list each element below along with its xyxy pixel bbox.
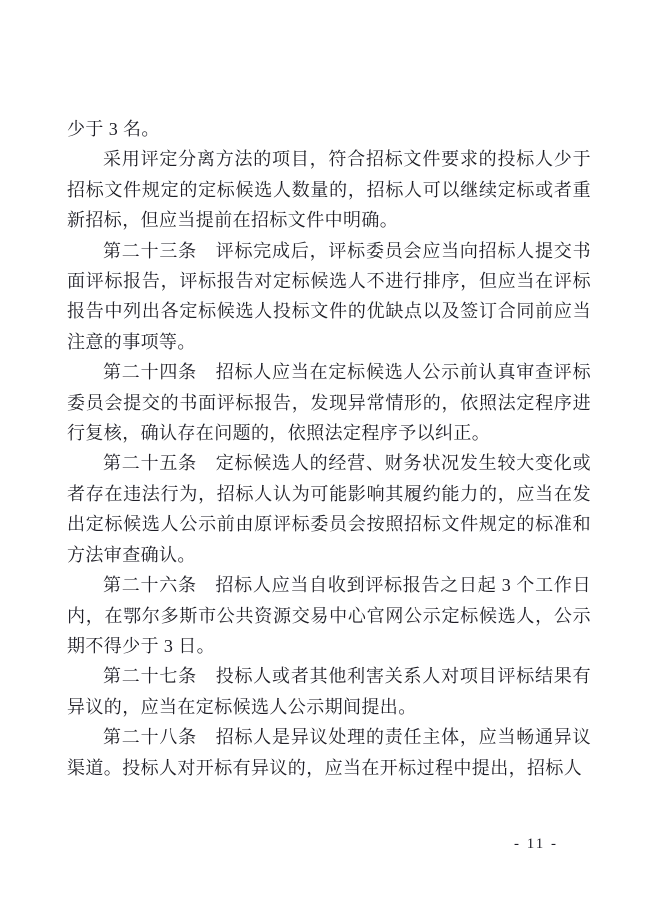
page-number: - 11 - bbox=[514, 836, 558, 853]
paragraph-article-24: 第二十四条 招标人应当在定标候选人公示前认真审查评标委员会提交的书面评标报告，发… bbox=[67, 357, 591, 448]
paragraph-continuation: 少于 3 名。 bbox=[67, 114, 591, 144]
paragraph-article-25: 第二十五条 定标候选人的经营、财务状况发生较大变化或者存在违法行为，招标人认为可… bbox=[67, 448, 591, 570]
paragraph: 采用评定分离方法的项目，符合招标文件要求的投标人少于招标文件规定的定标候选人数量… bbox=[67, 144, 591, 235]
paragraph-article-28: 第二十八条 招标人是异议处理的责任主体，应当畅通异议渠道。投标人对开标有异议的，… bbox=[67, 722, 591, 783]
paragraph-article-26: 第二十六条 招标人应当自收到评标报告之日起 3 个工作日内，在鄂尔多斯市公共资源… bbox=[67, 570, 591, 661]
document-page: 少于 3 名。 采用评定分离方法的项目，符合招标文件要求的投标人少于招标文件规定… bbox=[0, 0, 646, 900]
paragraph-article-23: 第二十三条 评标完成后，评标委员会应当向招标人提交书面评标报告，评标报告对定标候… bbox=[67, 236, 591, 358]
document-body: 少于 3 名。 采用评定分离方法的项目，符合招标文件要求的投标人少于招标文件规定… bbox=[67, 114, 591, 783]
paragraph-article-27: 第二十七条 投标人或者其他利害关系人对项目评标结果有异议的，应当在定标候选人公示… bbox=[67, 661, 591, 722]
